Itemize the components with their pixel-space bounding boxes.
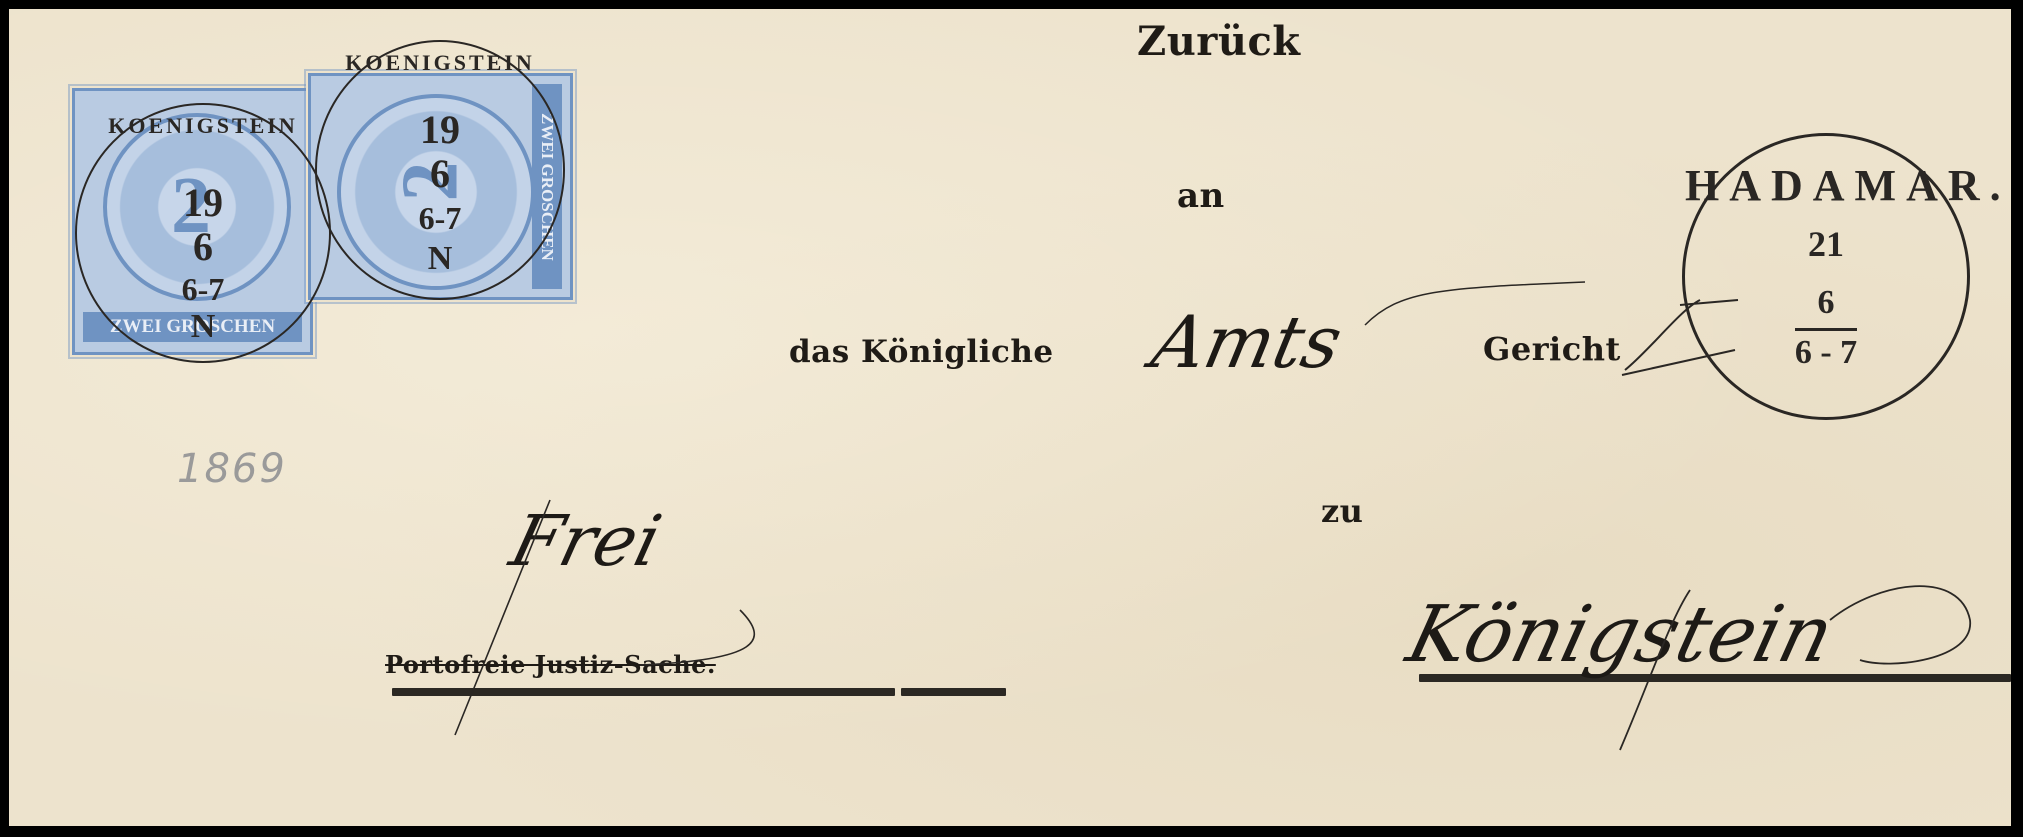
printed-zu: zu xyxy=(1321,492,1363,530)
cancel-month: 6 xyxy=(77,227,329,267)
cancel-town: KOENIGSTEIN xyxy=(77,115,329,137)
handwritten-frei-flourish xyxy=(440,490,820,750)
cancel-divider xyxy=(1795,328,1857,331)
cancel-day: 19 xyxy=(77,183,329,223)
cancel-hadamar: HADAMAR. 21 6 6 - 7 xyxy=(1682,133,1970,420)
cancel-month: 6 xyxy=(1685,286,1967,320)
cancel-suffix: N xyxy=(77,310,329,344)
cancel-day: 19 xyxy=(317,110,563,150)
handwritten-flourish-line xyxy=(1360,270,1590,330)
address-rule-left-2 xyxy=(901,688,1006,696)
cancel-month: 6 xyxy=(317,154,563,194)
pencil-year-note: 1869 xyxy=(177,446,287,492)
printed-an: an xyxy=(1177,176,1225,216)
handwritten-koenigstein-flourish xyxy=(1560,560,1980,760)
heading-zurueck: Zurück xyxy=(1137,18,1301,65)
cancel-town: KOENIGSTEIN xyxy=(317,52,563,74)
cancel-time: 6-7 xyxy=(317,202,563,234)
cancel-suffix: N xyxy=(317,242,563,276)
cancel-town: HADAMAR. xyxy=(1685,164,1967,208)
printed-gericht: Gericht xyxy=(1483,330,1621,368)
handwritten-amts: Amts xyxy=(1145,300,1349,384)
printed-das-koenigliche: das Königliche xyxy=(789,334,1054,370)
cancel-time: 6-7 xyxy=(77,273,329,305)
cancel-time: 6 - 7 xyxy=(1685,336,1967,370)
cancel-koenigstein-2: KOENIGSTEIN 19 6 6-7 N xyxy=(315,40,565,300)
cancel-day: 21 xyxy=(1685,226,1967,262)
cancel-koenigstein-1: KOENIGSTEIN 19 6 6-7 N xyxy=(75,103,331,363)
